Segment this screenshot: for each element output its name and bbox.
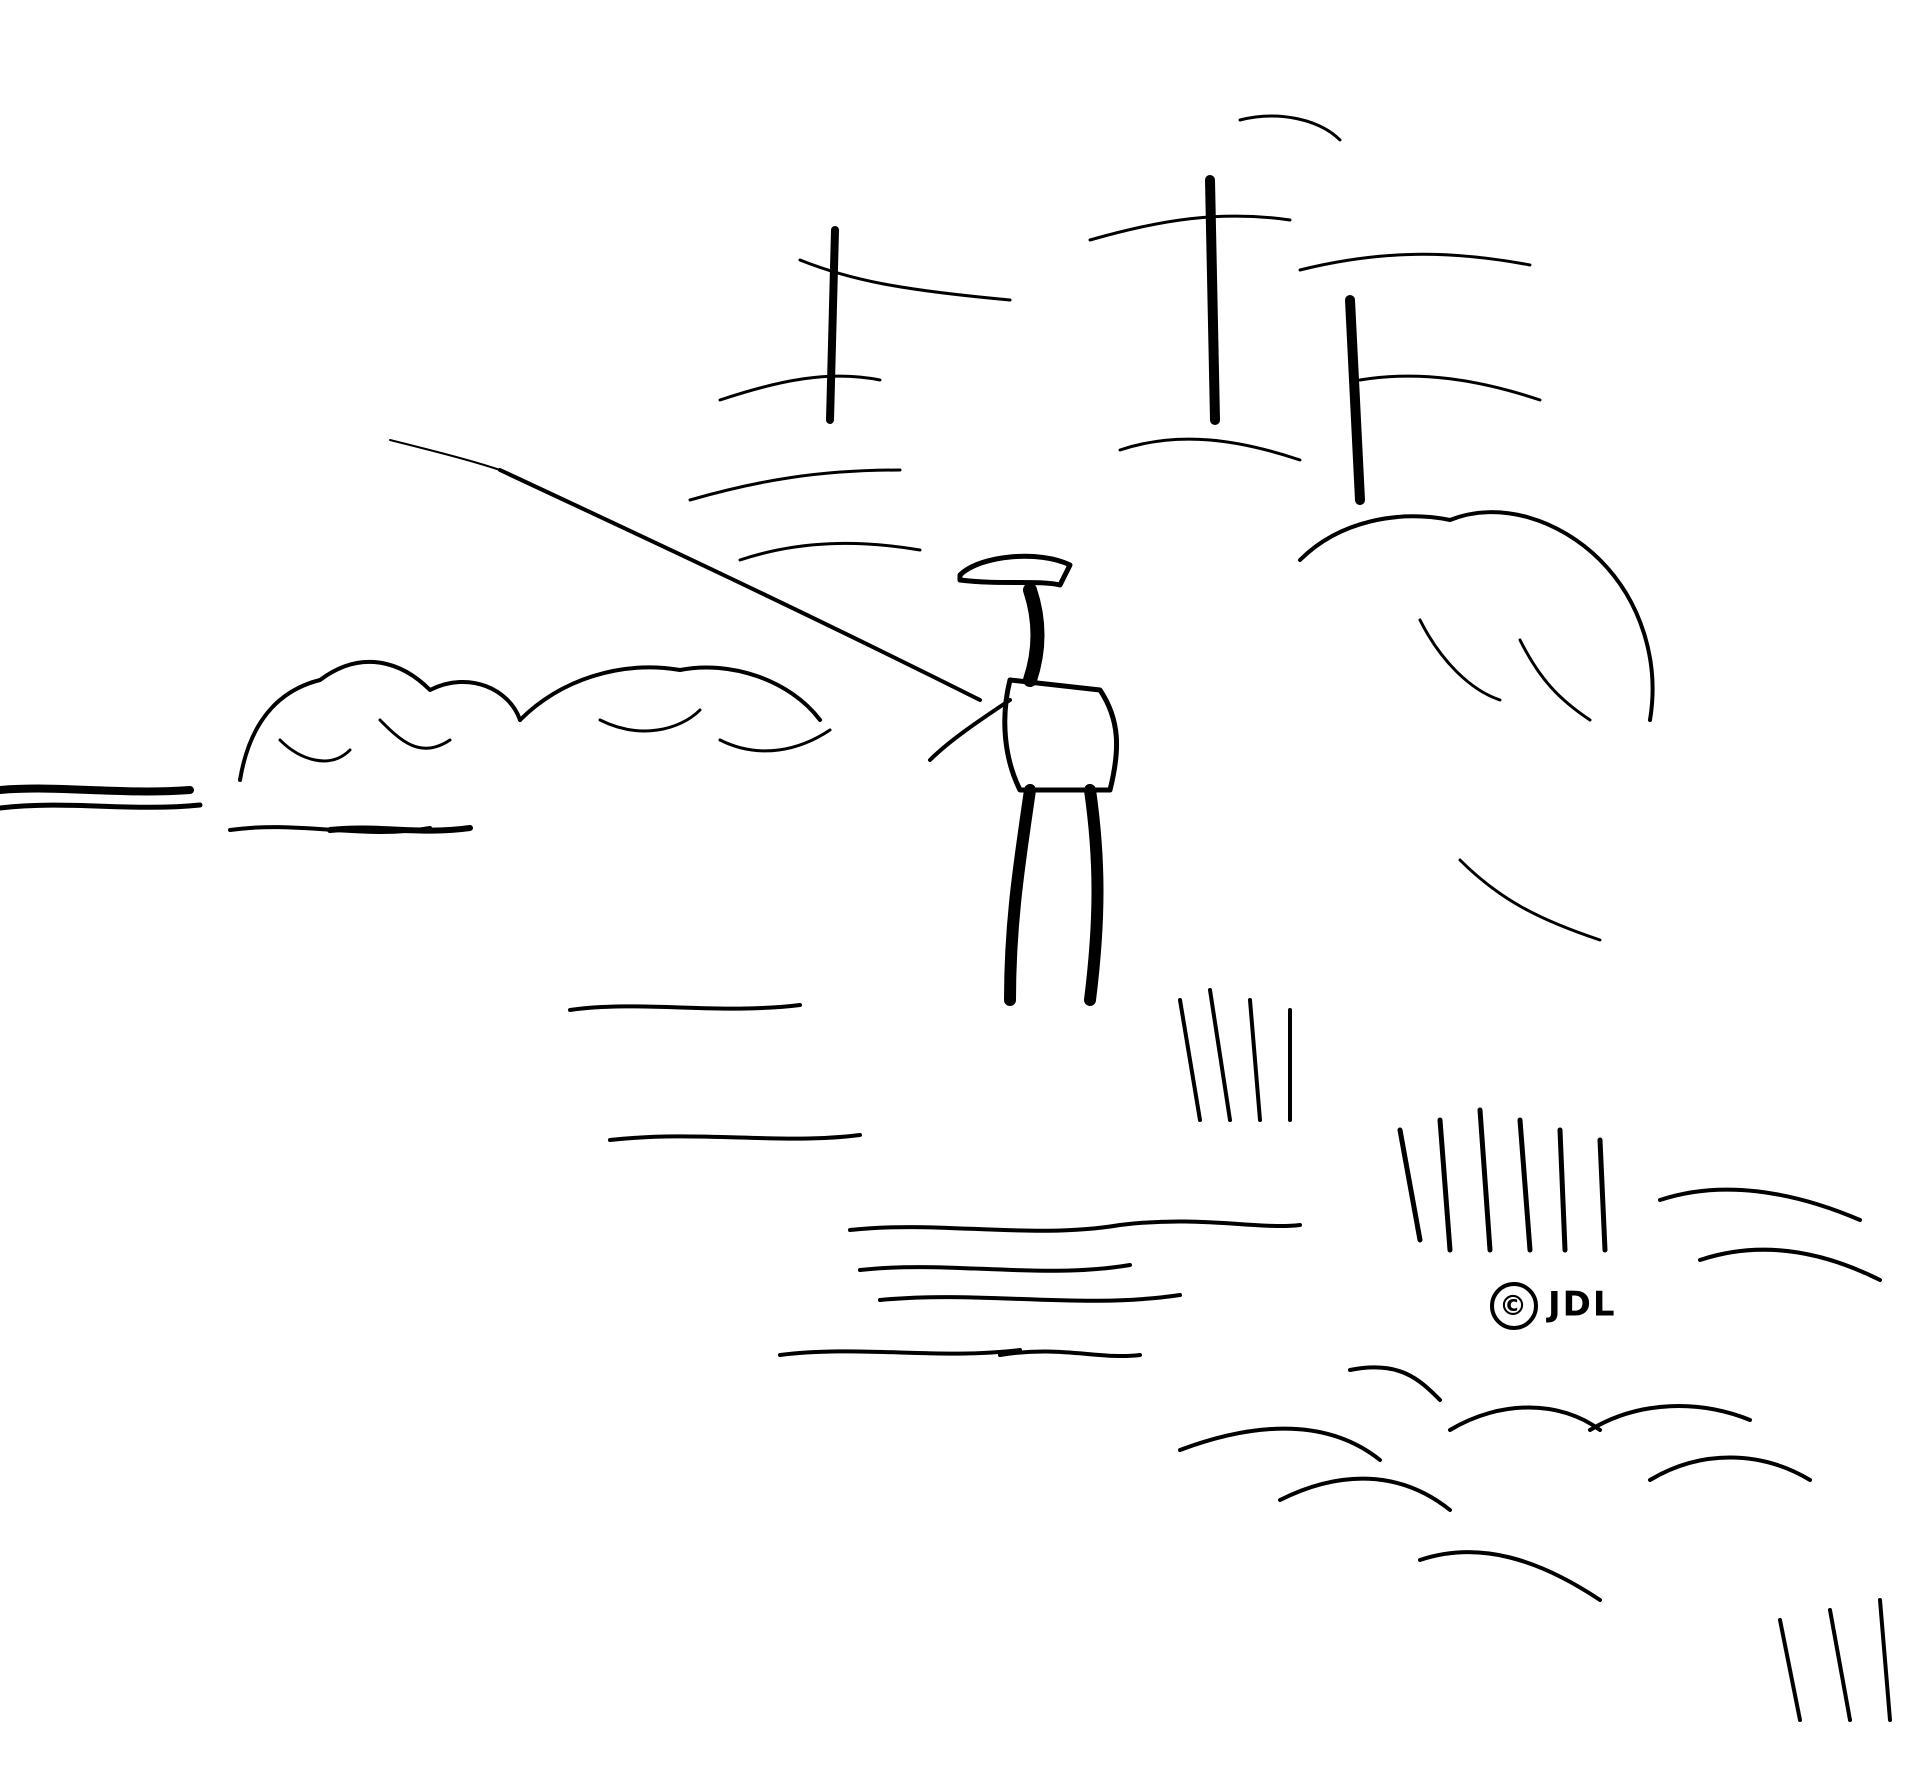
left-shoreline <box>0 789 430 832</box>
tree-right <box>1090 116 1540 500</box>
foliage-right <box>1300 512 1653 940</box>
artist-initials: JDL <box>1548 1285 1617 1325</box>
grass <box>1180 990 1605 1250</box>
tree-left <box>690 230 1010 560</box>
ink-sketch <box>0 0 1920 1784</box>
fisherman <box>930 556 1117 1000</box>
copyright-symbol: © <box>1490 1282 1538 1330</box>
bushes <box>240 662 830 831</box>
fishing-rod <box>500 470 980 700</box>
artist-signature: ©JDL <box>1490 1282 1617 1330</box>
foreground-leaves <box>1180 1190 1890 1720</box>
fishing-line <box>390 440 500 470</box>
